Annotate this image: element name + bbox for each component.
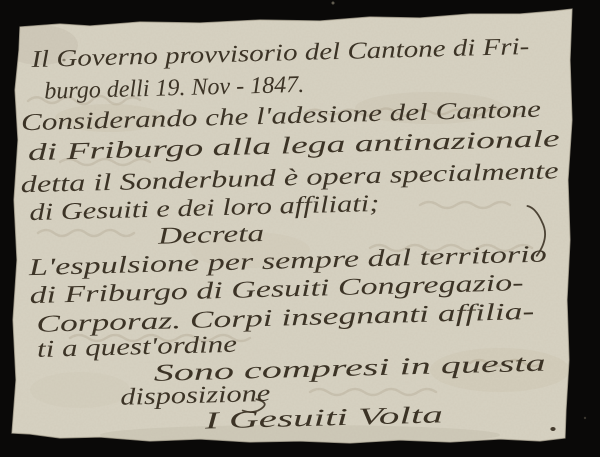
- paper-speck: [550, 427, 555, 431]
- manuscript-line-11: ti a quest'ordine: [37, 332, 238, 363]
- dust-speck: [332, 2, 335, 5]
- manuscript-scene: Il Governo provvisorio del Cantone di Fr…: [0, 0, 600, 457]
- manuscript-line-13: disposizione: [120, 381, 271, 411]
- dust-speck: [584, 417, 586, 419]
- manuscript-line-7: Decreta: [156, 221, 264, 250]
- photo-of-manuscript: Il Governo provvisorio del Cantone di Fr…: [0, 0, 600, 457]
